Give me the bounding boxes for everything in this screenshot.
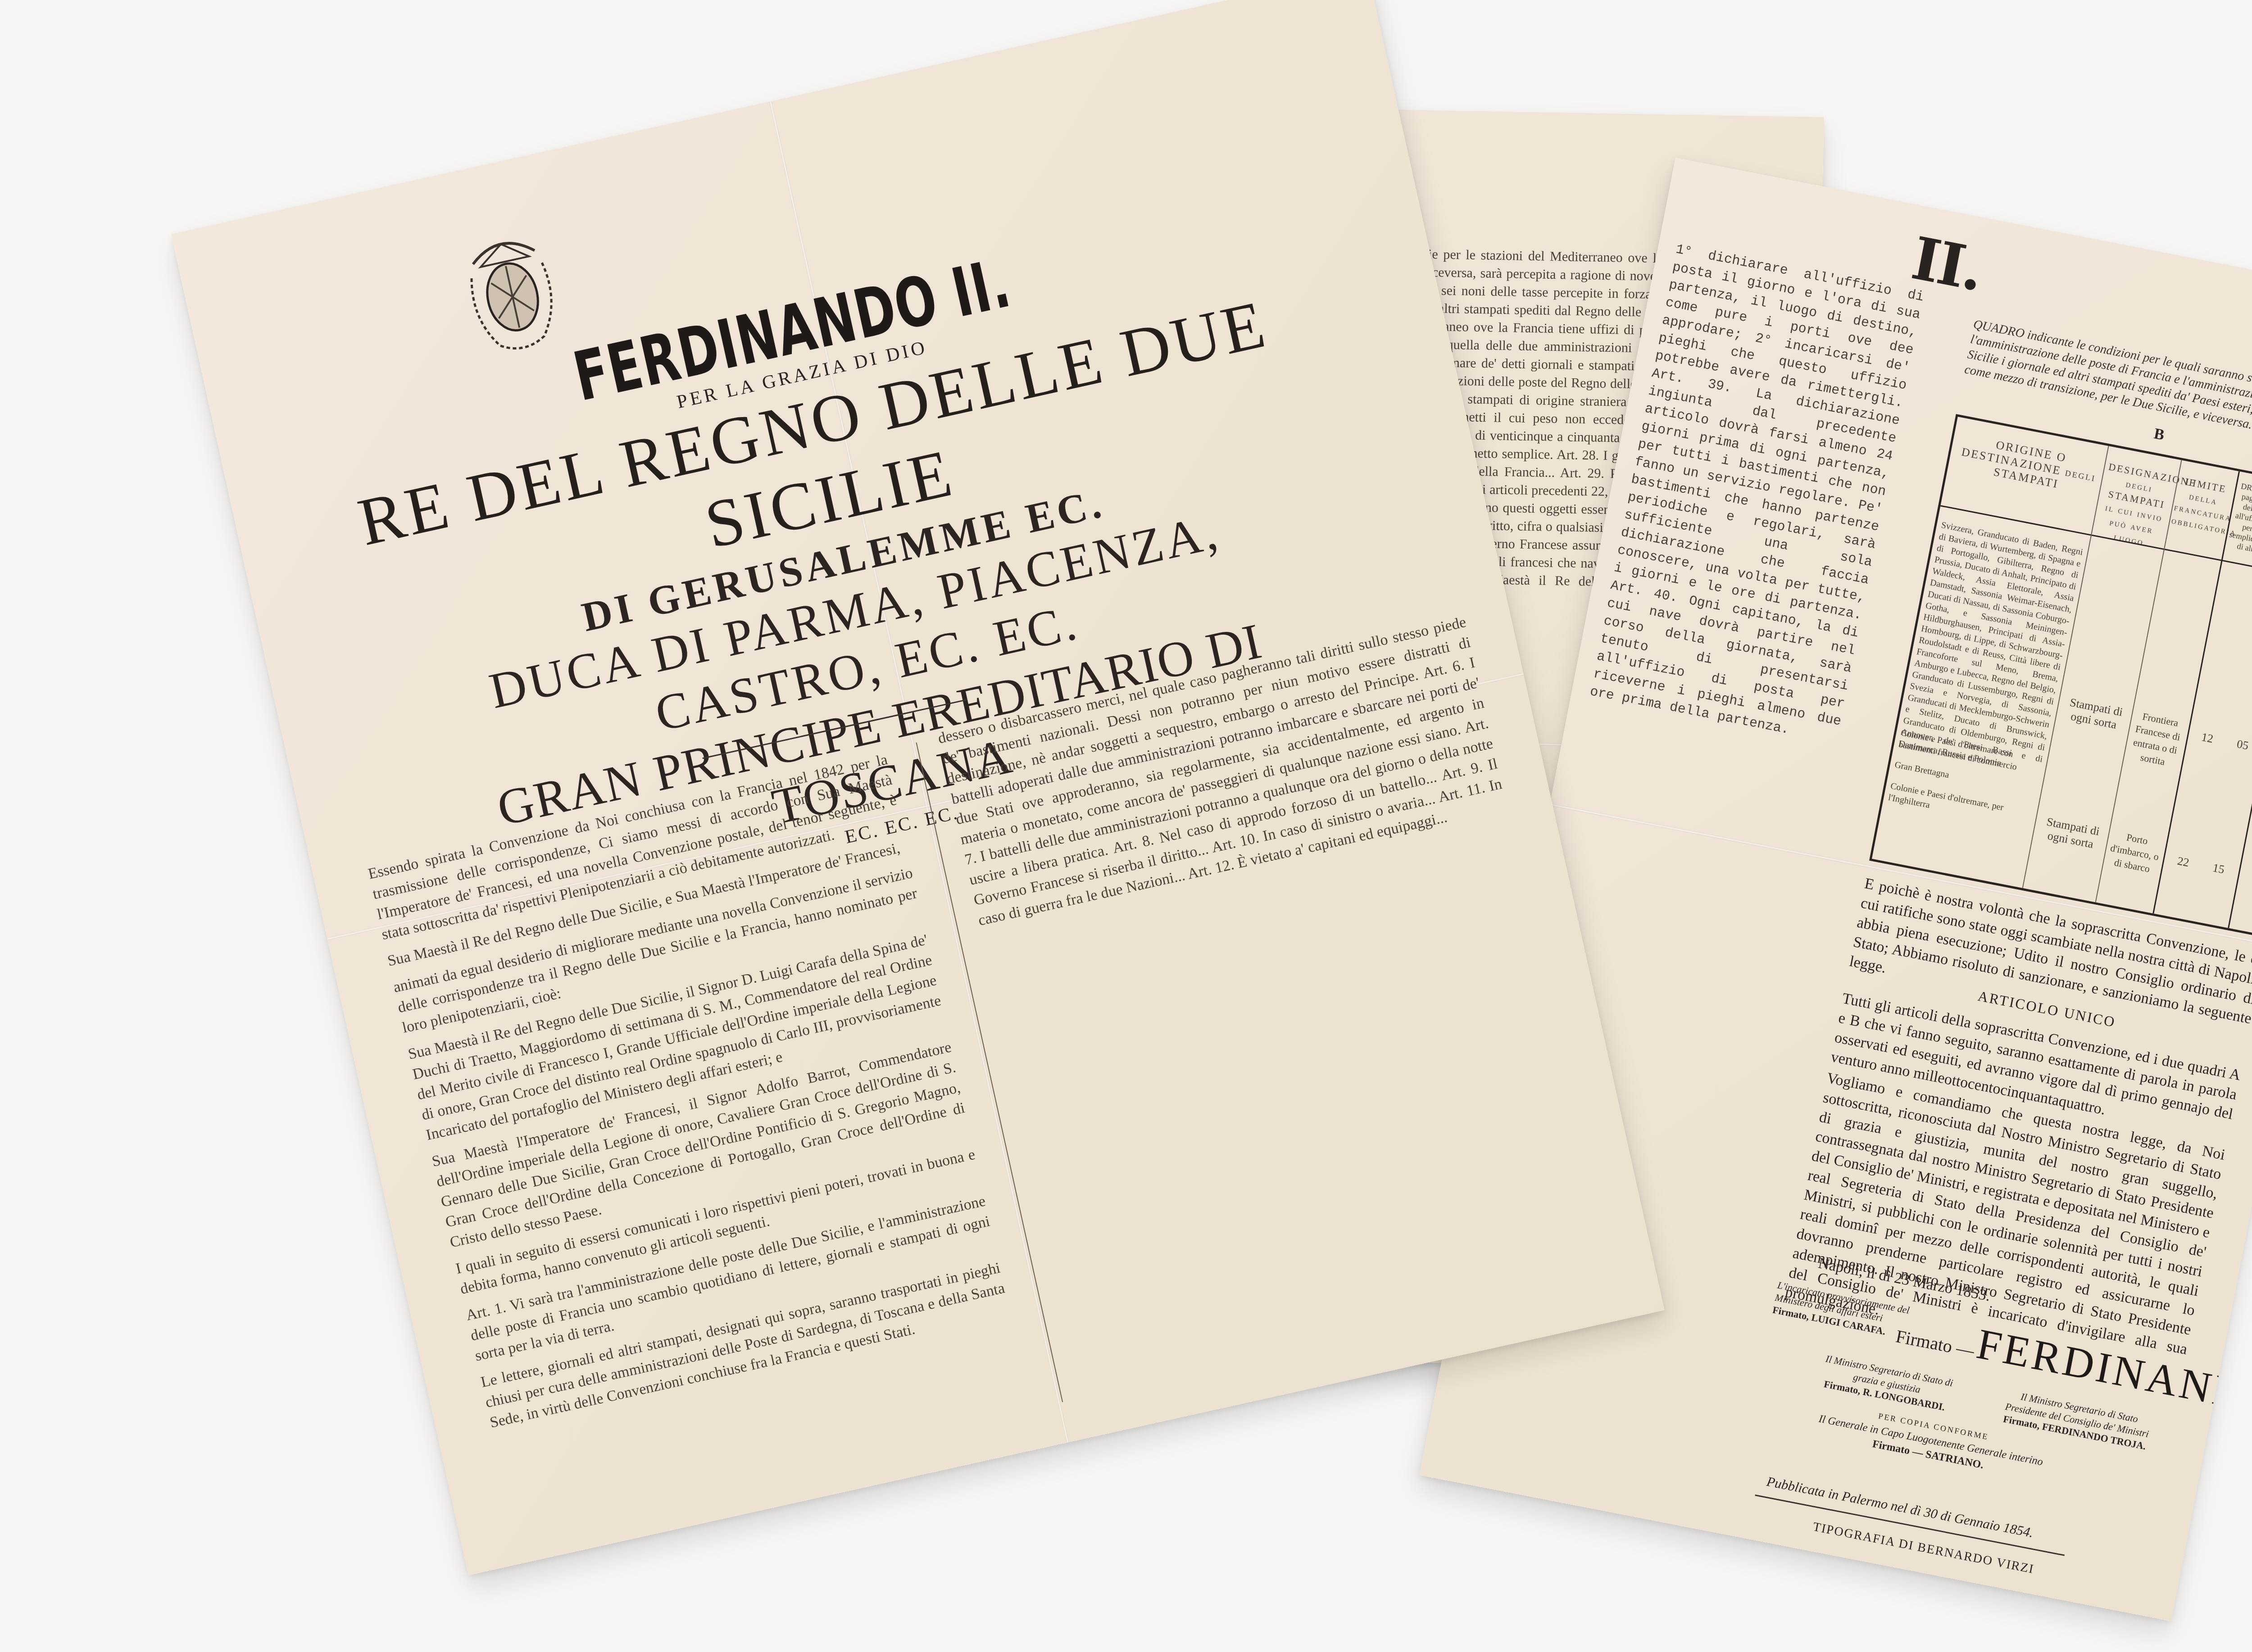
quadro-table: ORIGINE O DESTINAZIONE degli STAMPATI DE… (1869, 414, 2252, 940)
publication-note: Pubblicata in Palermo nel dì 30 di Genna… (1766, 1474, 2035, 1541)
table-cell-value: 15 (2208, 861, 2229, 877)
left-text-column: Essendo spirata la Convenzione da Noi co… (366, 749, 1036, 1546)
table-cell-value: 22 (2173, 853, 2193, 870)
table-cell-limit: Porto d'imbarco, o di sbarco (2104, 827, 2165, 877)
table-cell-limit: Frontiera Francese di entrata o di sorti… (2125, 708, 2188, 772)
table-header: ORIGINE O DESTINAZIONE degli STAMPATI (1952, 431, 2106, 499)
table-cell-designation: Stampati di ogni sorta (2036, 814, 2108, 853)
table-cell-value: 12 (2197, 730, 2217, 746)
quadro-title: B (2152, 425, 2166, 444)
signed-label: Firmato — (1894, 1326, 1976, 1361)
table-cell-designation: Stampati di ogni sorta (2059, 694, 2131, 734)
page-number: II. (1907, 223, 1988, 304)
table-cell-value: 05 (2233, 737, 2252, 753)
table-header: LIMITE della francatura obbligatoria (2170, 474, 2234, 537)
